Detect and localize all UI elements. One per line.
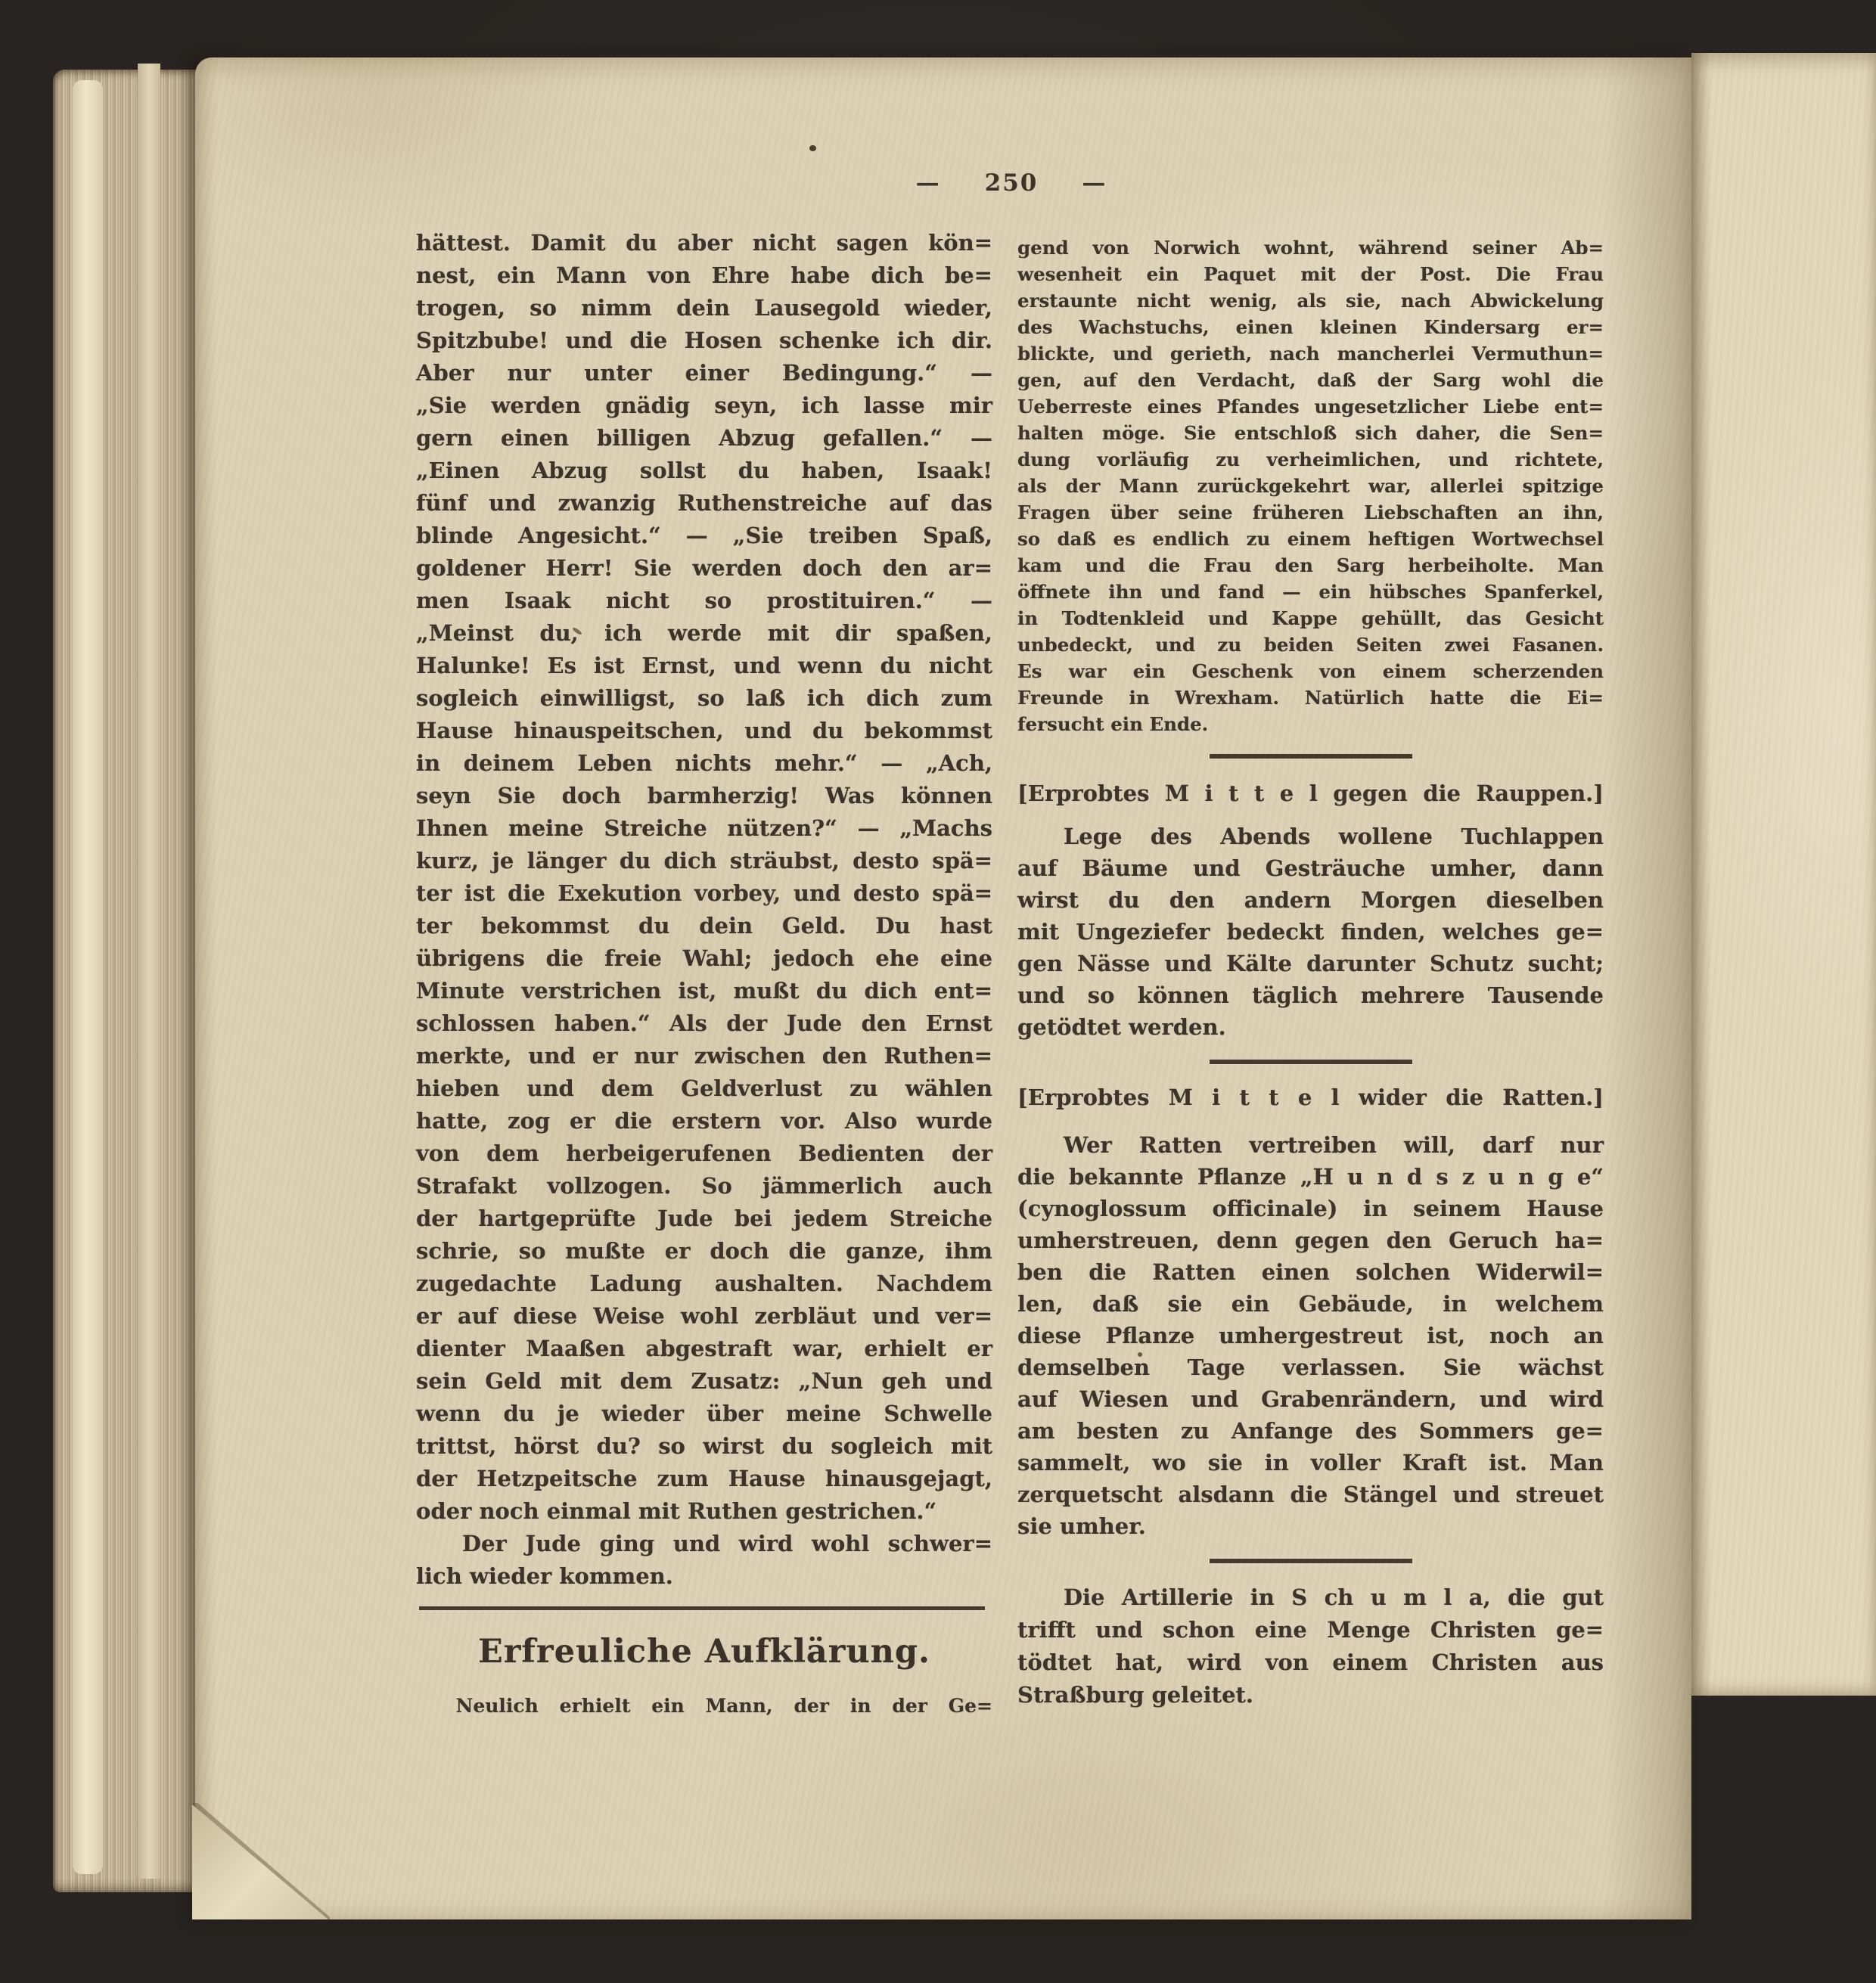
- text-line: fersucht ein Ende.: [1017, 711, 1604, 737]
- article-isaak-text: hättest. Damit du aber nicht sagen kön=n…: [416, 227, 992, 1593]
- section-artillerie-text: Die Artillerie in S ch u m l a, die gutt…: [1017, 1581, 1604, 1711]
- text-line: (cynoglossum officinale) in seinem Hause: [1017, 1193, 1604, 1224]
- page-number: 250: [985, 169, 1039, 197]
- text-line: merkte, und er nur zwischen den Ruthen=: [416, 1040, 992, 1072]
- text-line: trittst, hörst du? so wirst du sogleich …: [416, 1430, 992, 1463]
- text-line: diese Pflanze umhergestreut ist, noch an: [1017, 1320, 1604, 1351]
- section-divider-rule: [1210, 1060, 1412, 1064]
- text-line: hättest. Damit du aber nicht sagen kön=: [416, 227, 992, 259]
- text-line: Hause hinauspeitschen, und du bekommst: [416, 715, 992, 747]
- text-line: dung vorläufig zu verheimlichen, und ric…: [1017, 446, 1604, 473]
- text-line: Es war ein Geschenk von einem scherzende…: [1017, 658, 1604, 684]
- text-line: des Wachstuchs, einen kleinen Kindersarg…: [1017, 314, 1604, 340]
- text-line: mit Ungeziefer bedeckt finden, welches g…: [1017, 916, 1604, 948]
- text-line: gend von Norwich wohnt, während seiner A…: [1017, 234, 1604, 261]
- text-line: demselben Tage verlassen. Sie wächst: [1017, 1351, 1604, 1383]
- text-line: Aber nur unter einer Bedingung.“ —: [416, 357, 992, 389]
- text-line: Minute verstrichen ist, mußt du dich ent…: [416, 975, 992, 1007]
- text-line: in Todtenkleid und Kappe gehüllt, das Ge…: [1017, 605, 1604, 632]
- article-aufklaerung-first-line: Neulich erhielt ein Mann, der in der Ge=: [416, 1692, 992, 1720]
- text-line: gen Nässe und Kälte darunter Schutz such…: [1017, 948, 1604, 979]
- text-line: er auf diese Weise wohl zerbläut und ver…: [416, 1300, 992, 1333]
- text-line: blinde Angesicht.“ — „Sie treiben Spaß,: [416, 520, 992, 552]
- header-dash-left: —: [916, 169, 941, 197]
- text-line: Strafakt vollzogen. So jämmerlich auch: [416, 1170, 992, 1203]
- section-divider-rule: [419, 1606, 985, 1610]
- fore-edge-step-band: [138, 64, 160, 1879]
- section-divider-rule: [1210, 1559, 1412, 1563]
- text-line: in deinem Leben nichts mehr.“ — „Ach,: [416, 747, 992, 780]
- text-line: gern einen billigen Abzug gefallen.“ —: [416, 422, 992, 455]
- text-line: auf Bäume und Gesträuche umher, dann: [1017, 852, 1604, 884]
- text-line: sie umher.: [1017, 1510, 1604, 1542]
- text-line: trogen, so nimm dein Lausegold wieder,: [416, 292, 992, 324]
- text-line: ter ist die Exekution vorbey, und desto …: [416, 877, 992, 910]
- text-line: men Isaak nicht so prostituiren.“ —: [416, 585, 992, 617]
- text-line: ter bekommst du dein Geld. Du hast: [416, 910, 992, 942]
- section-rauppen-text: Lege des Abends wollene Tuchlappenauf Bä…: [1017, 821, 1604, 1043]
- text-line: Der Jude ging und wird wohl schwer=: [416, 1528, 992, 1560]
- text-line: lich wieder kommen.: [416, 1560, 992, 1593]
- text-line: Freunde in Wrexham. Natürlich hatte die …: [1017, 684, 1604, 711]
- text-line: sein Geld mit dem Zusatz: „Nun geh und: [416, 1365, 992, 1398]
- text-line: zugedachte Ladung aushalten. Nachdem: [416, 1268, 992, 1300]
- text-line: auf Wiesen und Grabenrändern, und wird: [1017, 1383, 1604, 1415]
- book-fore-edge-stack: [53, 70, 216, 1892]
- text-line: der hartgeprüfte Jude bei jedem Streiche: [416, 1203, 992, 1235]
- text-line: wenn du je wieder über meine Schwelle: [416, 1398, 992, 1430]
- text-line: Die Artillerie in S ch u m l a, die gut: [1017, 1581, 1604, 1614]
- section-divider-rule: [1210, 754, 1412, 759]
- text-line: Ihnen meine Streiche nützen?“ — „Machs: [416, 812, 992, 845]
- text-line: halten möge. Sie entschloß sich daher, d…: [1017, 420, 1604, 446]
- section-ratten-text: Wer Ratten vertreiben will, darf nurdie …: [1017, 1129, 1604, 1542]
- header-dash-right: —: [1082, 169, 1107, 197]
- text-line: fünf und zwanzig Ruthenstreiche auf das: [416, 487, 992, 520]
- text-line: kurz, je länger du dich sträubst, desto …: [416, 845, 992, 877]
- text-line: blickte, und gerieth, nach mancherlei Ve…: [1017, 340, 1604, 367]
- text-line: nest, ein Mann von Ehre habe dich be=: [416, 259, 992, 292]
- text-line: schrie, so mußte er doch die ganze, ihm: [416, 1235, 992, 1268]
- text-line: Lege des Abends wollene Tuchlappen: [1017, 821, 1604, 852]
- text-line: öffnete ihn und fand — ein hübsches Span…: [1017, 579, 1604, 605]
- section-heading-ratten: [Erprobtes M i t t e l wider die Ratten.…: [1017, 1082, 1604, 1113]
- text-line: von dem herbeigerufenen Bedienten der: [416, 1137, 992, 1170]
- text-line: Fragen über seine früheren Liebschaften …: [1017, 499, 1604, 526]
- text-line: als der Mann zurückgekehrt war, allerlei…: [1017, 473, 1604, 499]
- book-scan-photo: — 250 — hättest. Damit du aber nicht sag…: [0, 0, 1876, 1983]
- text-line: unbedeckt, und zu beiden Seiten zwei Fas…: [1017, 632, 1604, 658]
- text-line: kam und die Frau den Sarg herbeiholte. M…: [1017, 552, 1604, 579]
- text-line: sammelt, wo sie in voller Kraft ist. Man: [1017, 1447, 1604, 1479]
- text-line: len, daß sie ein Gebäude, in welchem: [1017, 1288, 1604, 1320]
- left-column: hättest. Damit du aber nicht sagen kön=n…: [416, 227, 992, 1720]
- fore-edge-light-band: [73, 80, 103, 1874]
- text-line: ben die Ratten einen solchen Widerwil=: [1017, 1256, 1604, 1288]
- text-line: zerquetscht alsdann die Stängel und stre…: [1017, 1479, 1604, 1510]
- text-line: Ueberreste eines Pfandes ungesetzlicher …: [1017, 393, 1604, 420]
- text-line: goldener Herr! Sie werden doch den ar=: [416, 552, 992, 585]
- text-line: tödtet hat, wird von einem Christen aus: [1017, 1646, 1604, 1679]
- text-line: Spitzbube! und die Hosen schenke ich dir…: [416, 324, 992, 357]
- text-line: umherstreuen, denn gegen den Geruch ha=: [1017, 1224, 1604, 1256]
- paper-speck: [809, 145, 816, 151]
- text-line: Wer Ratten vertreiben will, darf nur: [1017, 1129, 1604, 1161]
- text-line: erstaunte nicht wenig, als sie, nach Abw…: [1017, 287, 1604, 314]
- page-header: — 250 —: [263, 169, 1760, 197]
- text-line: „Meinst du, ich werde mit dir spaßen,: [416, 617, 992, 650]
- facing-page-sliver: [1691, 53, 1876, 1696]
- text-line: übrigens die freie Wahl; jedoch ehe eine: [416, 942, 992, 975]
- text-line: wirst du den andern Morgen dieselben: [1017, 884, 1604, 916]
- text-line: oder noch einmal mit Ruthen gestrichen.“: [416, 1495, 992, 1528]
- text-line: der Hetzpeitsche zum Hause hinausgejagt,: [416, 1463, 992, 1495]
- text-line: schlossen haben.“ Als der Jude den Ernst: [416, 1007, 992, 1040]
- text-line: dienter Maaßen abgestraft war, erhielt e…: [416, 1333, 992, 1365]
- text-line: „Sie werden gnädig seyn, ich lasse mir: [416, 389, 992, 422]
- text-line: am besten zu Anfange des Sommers ge=: [1017, 1415, 1604, 1447]
- text-line: Neulich erhielt ein Mann, der in der Ge=: [416, 1692, 992, 1720]
- text-line: getödtet werden.: [1017, 1011, 1604, 1043]
- section-heading-rauppen: [Erprobtes M i t t e l gegen die Rauppen…: [1017, 778, 1604, 808]
- text-line: hieben und dem Geldverlust zu wählen: [416, 1072, 992, 1105]
- right-column: gend von Norwich wohnt, während seiner A…: [1017, 234, 1604, 1711]
- article-heading: Erfreuliche Aufklärung.: [416, 1633, 992, 1671]
- book-page: — 250 — hättest. Damit du aber nicht sag…: [195, 57, 1691, 1919]
- paper-speck: [1138, 1352, 1142, 1357]
- text-line: hatte, zog er die erstern vor. Also wurd…: [416, 1105, 992, 1137]
- text-line: trifft und schon eine Menge Christen ge=: [1017, 1614, 1604, 1646]
- text-line: wesenheit ein Paquet mit der Post. Die F…: [1017, 261, 1604, 287]
- text-line: und so können täglich mehrere Tausende: [1017, 979, 1604, 1011]
- text-line: gen, auf den Verdacht, daß der Sarg wohl…: [1017, 367, 1604, 393]
- text-line: Halunke! Es ist Ernst, und wenn du nicht: [416, 650, 992, 682]
- text-line: seyn Sie doch barmherzig! Was können: [416, 780, 992, 812]
- article-aufklaerung-continuation: gend von Norwich wohnt, während seiner A…: [1017, 234, 1604, 737]
- text-line: so daß es endlich zu einem heftigen Wort…: [1017, 526, 1604, 552]
- text-line: „Einen Abzug sollst du haben, Isaak!: [416, 455, 992, 487]
- text-line: Straßburg geleitet.: [1017, 1679, 1604, 1711]
- text-line: sogleich einwilligst, so laß ich dich zu…: [416, 682, 992, 715]
- text-line: die bekannte Pflanze „H u n d s z u n g …: [1017, 1161, 1604, 1193]
